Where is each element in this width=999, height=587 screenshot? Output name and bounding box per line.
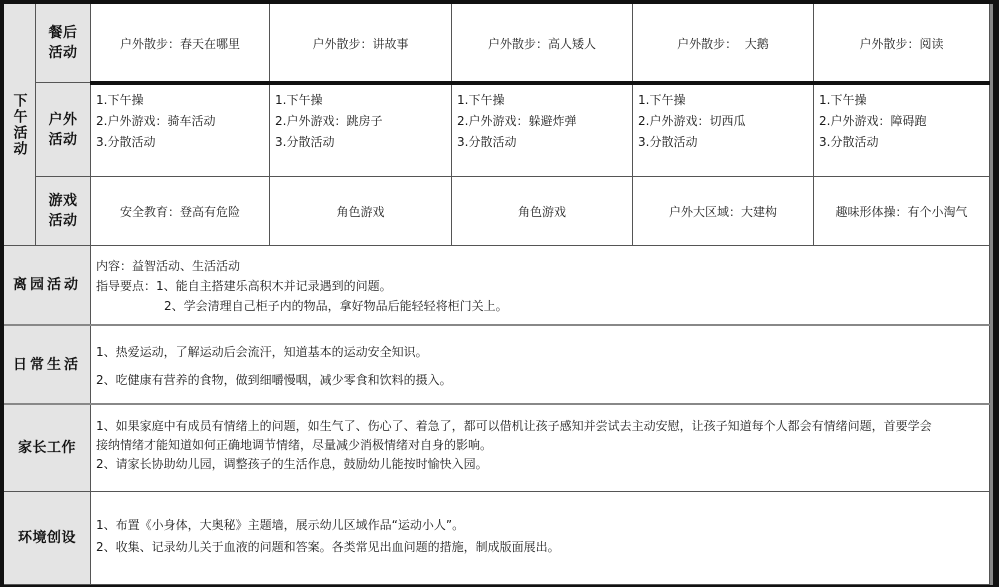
label-text: 家长工作: [18, 438, 76, 458]
cell-text: 户外散步：春天在哪里: [120, 35, 240, 52]
content-line: 1、如果家庭中有成员有情绪上的问题，如生气了、伤心了、着急了，都可以借机让孩子感…: [96, 417, 932, 436]
row-label-environment: 环境创设: [4, 492, 91, 585]
list-item: 2.户外游戏：骑车活动: [96, 111, 215, 132]
list-item: 2.户外游戏：躲避炸弹: [457, 111, 576, 132]
leaving-content: 内容：益智活动、生活活动 指导要点：1、能自主搭建乐高积木并记录遇到的问题。 2…: [91, 246, 990, 325]
content-line: 2、请家长协助幼儿园，调整孩子的生活作息，鼓励幼儿能按时愉快入园。: [96, 455, 488, 474]
content-line: 1、热爱运动，了解运动后会流汗，知道基本的运动安全知识。: [96, 341, 428, 363]
after-meal-day-5: 户外散步：阅读: [814, 4, 990, 83]
afternoon-section-label: 下午活动: [4, 4, 36, 246]
row-label-parent-work: 家长工作: [4, 405, 91, 492]
cell-text: 角色游戏: [518, 203, 566, 220]
outdoor-day-2: 1.下午操 2.户外游戏：跳房子 3.分散活动: [270, 85, 452, 177]
list-item: 3.分散活动: [275, 132, 334, 153]
cell-text: 角色游戏: [336, 203, 384, 220]
row-label-daily-life: 日常生活: [4, 326, 91, 404]
cell-text: 趣味形体操：有个小淘气: [835, 203, 967, 220]
cell-text: 户外散步：讲故事: [312, 35, 408, 52]
content-line: 2、收集、记录幼儿关于血液的问题和答案。各类常见出血问题的措施，制成版面展出。: [96, 536, 560, 558]
after-meal-day-4: 户外散步： 大鹅: [633, 4, 814, 83]
cell-text: 户外大区域：大建构: [669, 203, 777, 220]
list-item: 2.户外游戏：跳房子: [275, 111, 382, 132]
games-day-2: 角色游戏: [270, 177, 452, 246]
list-item: 3.分散活动: [96, 132, 155, 153]
games-day-1: 安全教育：登高有危险: [91, 177, 270, 246]
label-text: 环境创设: [18, 528, 76, 548]
label-text: 日常生活: [13, 355, 81, 375]
row-label-outdoor: 户外活动: [36, 83, 91, 177]
list-item: 1.下午操: [96, 90, 143, 111]
games-day-5: 趣味形体操：有个小淘气: [814, 177, 990, 246]
outdoor-day-5: 1.下午操 2.户外游戏：障碍跑 3.分散活动: [814, 85, 990, 177]
cell-text: 户外散步：阅读: [859, 35, 943, 52]
games-day-3: 角色游戏: [452, 177, 633, 246]
after-meal-day-3: 户外散步：高人矮人: [452, 4, 633, 83]
content-line: 1、布置《小身体，大奥秘》主题墙，展示幼儿区域作品“运动小人”。: [96, 514, 464, 536]
frame-border-right: [993, 0, 999, 587]
row-label-leaving: 离园活动: [4, 246, 91, 325]
content-line: 2、学会清理自己柜子内的物品，拿好物品后能轻轻将柜门关上。: [96, 296, 508, 316]
content-line: 指导要点：1、能自主搭建乐高积木并记录遇到的问题。: [96, 276, 392, 296]
list-item: 2.户外游戏：切西瓜: [638, 111, 745, 132]
cell-text: 安全教育：登高有危险: [120, 203, 240, 220]
parent-work-content: 1、如果家庭中有成员有情绪上的问题，如生气了、伤心了、着急了，都可以借机让孩子感…: [91, 405, 990, 492]
label-text: 游戏活动: [48, 191, 78, 231]
outdoor-day-3: 1.下午操 2.户外游戏：躲避炸弹 3.分散活动: [452, 85, 633, 177]
cell-text: 户外散步：高人矮人: [488, 35, 596, 52]
environment-content: 1、布置《小身体，大奥秘》主题墙，展示幼儿区域作品“运动小人”。 2、收集、记录…: [91, 492, 990, 585]
list-item: 2.户外游戏：障碍跑: [819, 111, 926, 132]
games-day-4: 户外大区域：大建构: [633, 177, 814, 246]
label-text: 餐后活动: [48, 23, 78, 63]
list-item: 1.下午操: [457, 90, 504, 111]
row-label-games: 游戏活动: [36, 177, 91, 246]
daily-life-content: 1、热爱运动，了解运动后会流汗，知道基本的运动安全知识。 2、吃健康有营养的食物…: [91, 326, 990, 404]
frame-border-top: [0, 0, 994, 4]
row-label-after-meal: 餐后活动: [36, 4, 91, 83]
weekly-plan-table: 下午活动 餐后活动 户外活动 游戏活动 户外散步：春天在哪里 户外散步：讲故事 …: [0, 0, 999, 587]
label-text: 离园活动: [13, 275, 81, 295]
content-line: 2、吃健康有营养的食物，做到细嚼慢咽，减少零食和饮料的摄入。: [96, 369, 452, 391]
list-item: 3.分散活动: [457, 132, 516, 153]
content-line: 内容：益智活动、生活活动: [96, 256, 240, 276]
list-item: 1.下午操: [638, 90, 685, 111]
list-item: 3.分散活动: [638, 132, 697, 153]
list-item: 1.下午操: [275, 90, 322, 111]
cell-text: 户外散步： 大鹅: [677, 35, 769, 52]
list-item: 3.分散活动: [819, 132, 878, 153]
label-text: 户外活动: [48, 110, 78, 150]
after-meal-day-1: 户外散步：春天在哪里: [91, 4, 270, 83]
content-line: 接纳情绪才能知道如何正确地调节情绪，尽量减少消极情绪对自身的影响。: [96, 436, 492, 455]
after-meal-day-2: 户外散步：讲故事: [270, 4, 452, 83]
outdoor-day-1: 1.下午操 2.户外游戏：骑车活动 3.分散活动: [91, 85, 270, 177]
frame-border-left: [0, 0, 4, 587]
outdoor-day-4: 1.下午操 2.户外游戏：切西瓜 3.分散活动: [633, 85, 814, 177]
list-item: 1.下午操: [819, 90, 866, 111]
